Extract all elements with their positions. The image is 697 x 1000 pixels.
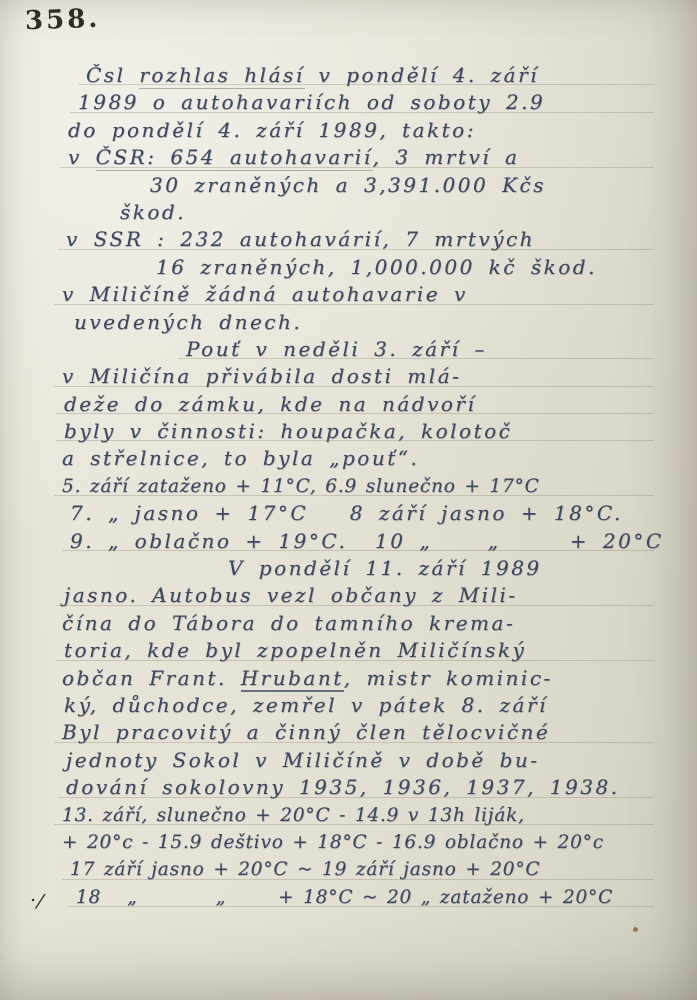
text-line: 7. „ jasno + 17°C 8 září jasno + 18°C. [70,500,668,527]
text-line: ký, důchodce, zemřel v pátek 8. září [64,692,668,719]
text-line: v ČSR: 654 autohavarií, 3 mrtví a [68,144,668,171]
text-segment: , 3 mrtví a [373,145,520,169]
text-line: občan Frant. Hrubant, mistr kominic- [62,665,668,692]
text-segment: v pondělí 4. září [305,63,539,87]
text-line: 1989 o autohavariích od soboty 2.9 [78,89,668,116]
underlined-text: rozhlas hlásí [139,63,304,89]
handwritten-text-block: Čsl rozhlas hlásí v pondělí 4. září 1989… [62,62,668,911]
text-segment: Čsl [86,63,139,87]
paper-speck [633,927,638,932]
text-line: dování sokolovny 1935, 1936, 1937, 1938. [66,774,668,801]
text-line: 18 „ „ + 18°C ~ 20 „ zataženo + 20°C [76,884,668,911]
text-line: Pouť v neděli 3. září – [186,336,668,363]
text-line: jasno. Autobus vezl občany z Mili- [64,582,668,609]
text-line: 30 zraněných a 3,391.000 Kčs [150,172,668,199]
text-line: 5. září zataženo + 11°C, 6.9 slunečno + … [62,473,668,500]
text-line: v Miličíně žádná autohavarie v [62,281,668,308]
text-line: V pondělí 11. září 1989 [228,555,668,582]
text-line: jednoty Sokol v Miličíně v době bu- [66,747,668,774]
margin-check-mark: ·/ [29,889,46,912]
text-segment: , mistr kominic- [344,666,553,690]
chronicle-page-photo: 358. Čsl rozhlas hlásí v pondělí 4. září… [0,0,697,1000]
text-segment: občan Frant. [62,666,241,690]
underlined-text: ČSR: 654 autohavarií [96,145,373,171]
text-line: 13. září, slunečno + 20°C - 14.9 v 13h l… [62,802,668,829]
text-line: Byl pracovitý a činný člen tělocvičné [62,719,668,746]
text-line: škod. [120,199,668,226]
text-line: 16 zraněných, 1,000.000 kč škod. [156,254,668,281]
text-line: v SSR : 232 autohavárií, 7 mrtvých [66,226,668,253]
text-segment: v [68,145,96,169]
text-line: byly v činnosti: houpačka, kolotoč [64,418,668,445]
underlined-name: Hrubant [241,666,344,693]
page-number: 358. [24,4,100,37]
text-line: uvedených dnech. [74,309,668,336]
text-line: a střelnice, to byla „pouť“. [62,445,668,472]
text-line: v Miličína přivábila dosti mlá- [62,363,668,390]
text-line: deže do zámku, kde na nádvoří [64,391,668,418]
text-line: Čsl rozhlas hlásí v pondělí 4. září [86,62,668,89]
text-line: 17 září jasno + 20°C ~ 19 září jasno + 2… [70,856,668,883]
text-line: 9. „ oblačno + 19°C. 10 „ „ + 20°C [70,528,668,555]
text-line: čína do Tábora do tamního krema- [62,610,668,637]
text-line: do pondělí 4. září 1989, takto: [68,117,668,144]
text-line: + 20°c - 15.9 deštivo + 18°C - 16.9 obla… [62,829,668,856]
text-line: toria, kde byl zpopelněn Miličínský [64,637,668,664]
